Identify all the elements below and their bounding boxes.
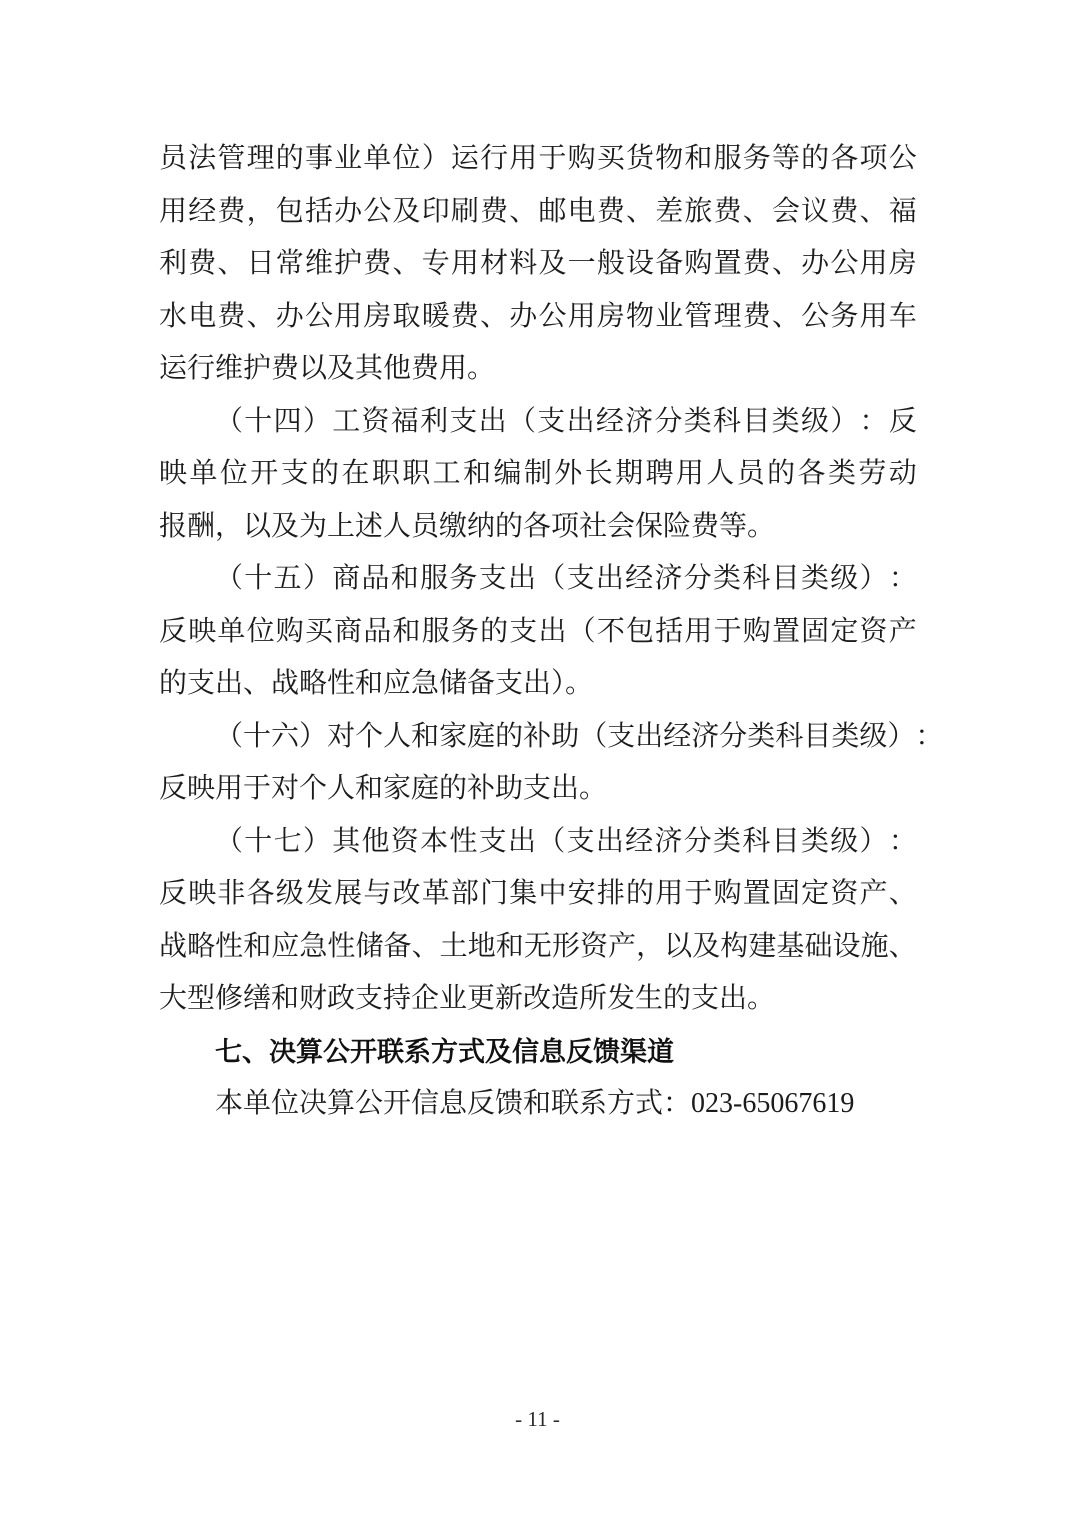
text-line: 员法管理的事业单位）运行用于购买货物和服务等的各项公 [159,133,917,186]
text-line: 利费、日常维护费、专用材料及一般设备购置费、办公用房 [159,238,917,291]
text-line: （十五）商品和服务支出（支出经济分类科目类级）： [159,553,917,606]
text-line: 水电费、办公用房取暖费、办公用房物业管理费、公务用车 [159,291,917,344]
text-line: （十六）对个人和家庭的补助（支出经济分类科目类级）： [159,711,917,764]
text-line: 大型修缮和财政支持企业更新改造所发生的支出。 [159,973,917,1026]
text-line: 用经费，包括办公及印刷费、邮电费、差旅费、会议费、福 [159,186,917,239]
text-line: 反映单位购买商品和服务的支出（不包括用于购置固定资产 [159,606,917,659]
section-heading: 七、决算公开联系方式及信息反馈渠道 [159,1026,917,1079]
text-line: 反映非各级发展与改革部门集中安排的用于购置固定资产、 [159,868,917,921]
text-line: 的支出、战略性和应急储备支出）。 [159,658,917,711]
document-body: 员法管理的事业单位）运行用于购买货物和服务等的各项公用经费，包括办公及印刷费、邮… [159,133,917,1131]
text-line: 运行维护费以及其他费用。 [159,343,917,396]
page-footer: - 11 - [0,1405,1075,1433]
text-line: （十四）工资福利支出（支出经济分类科目类级）：反 [159,396,917,449]
text-line: 本单位决算公开信息反馈和联系方式：023-65067619 [159,1078,917,1131]
text-line: 映单位开支的在职职工和编制外长期聘用人员的各类劳动 [159,448,917,501]
text-line: （十七）其他资本性支出（支出经济分类科目类级）： [159,816,917,869]
document-page: 员法管理的事业单位）运行用于购买货物和服务等的各项公用经费，包括办公及印刷费、邮… [0,0,1075,1520]
text-line: 战略性和应急性储备、土地和无形资产，以及构建基础设施、 [159,921,917,974]
text-line: 反映用于对个人和家庭的补助支出。 [159,763,917,816]
text-line: 报酬，以及为上述人员缴纳的各项社会保险费等。 [159,501,917,554]
page-number: - 11 - [515,1407,560,1431]
